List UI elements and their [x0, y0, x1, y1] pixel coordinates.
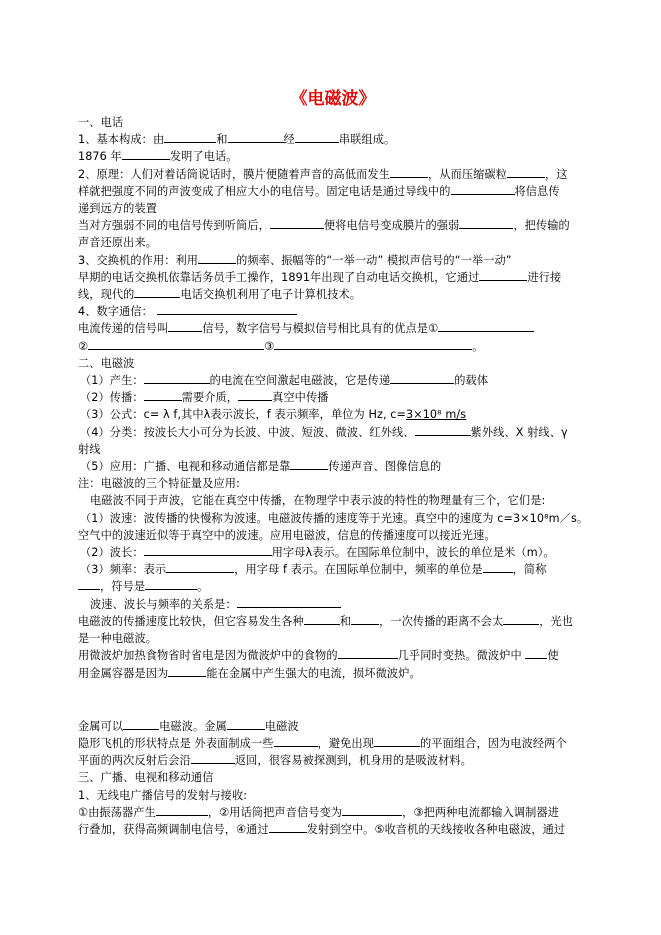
question-line: ①由振荡器产生，②用话筒把声音信号变为，③把两种电流都输入调制器进	[78, 804, 588, 821]
answer-blank[interactable]	[342, 804, 402, 816]
question-line: 4、数字通信：	[78, 303, 588, 320]
answer-blank[interactable]	[157, 303, 297, 315]
question-line: 波速、波长与频率的关系是：	[78, 596, 588, 613]
text-line: 空气中的波速近似等于真空中的波速。应用电磁波，信息的传播速度可以接近光速。	[78, 527, 588, 544]
answer-blank[interactable]	[269, 821, 307, 833]
question-line: 3、交换机的作用：利用的频率、振幅等的“一举一动” 模拟声信号的“一举一动”	[78, 252, 588, 269]
answer-blank[interactable]	[503, 613, 539, 625]
question-line: 1876 年发明了电话。	[78, 148, 588, 165]
question-line: 样就把强度不同的声波变成了相应大小的电信号。固定电话是通过导线中的将信息传	[78, 183, 588, 200]
section-heading-telephone: 一、电话	[78, 114, 588, 131]
page-title: 《电磁波》	[78, 86, 588, 112]
question-line: 1、基本构成：由和经串联组成。	[78, 131, 588, 148]
answer-blank[interactable]	[144, 372, 210, 384]
answer-blank[interactable]	[164, 131, 216, 143]
answer-blank[interactable]	[145, 578, 197, 590]
question-line: （4）分类：按波长大小可分为长波、中波、短波、微波、红外线、紫外线、X 射线、γ	[78, 424, 588, 441]
question-line: 用金属容器是因为能在金属中产生强大的电流，损坏微波炉。	[78, 665, 588, 682]
answer-blank[interactable]	[228, 131, 284, 143]
question-line: 平面的两次反射后会沿返回，很容易被探测到，机身用的是吸波材料。	[78, 752, 588, 769]
answer-blank[interactable]	[237, 596, 341, 608]
answer-blank[interactable]	[351, 613, 379, 625]
text-line: 1、无线电广播信号的发射与接收:	[78, 787, 588, 804]
answer-blank[interactable]	[479, 269, 527, 281]
answer-blank[interactable]	[168, 320, 202, 332]
answer-blank[interactable]	[459, 217, 513, 229]
answer-blank[interactable]	[144, 389, 182, 401]
question-line: 电流传递的信号叫信号，数字信号与模拟信号相比具有的优点是①	[78, 320, 588, 337]
text-line: 是一种电磁波。	[78, 630, 588, 647]
answer-blank[interactable]	[290, 458, 328, 470]
answer-blank[interactable]	[78, 578, 100, 590]
answer-blank[interactable]	[295, 131, 339, 143]
question-line: ②③。	[78, 338, 588, 355]
answer-blank[interactable]	[274, 338, 472, 350]
note-heading: 注：电磁波的三个特征量及应用:	[78, 475, 588, 492]
answer-blank[interactable]	[198, 252, 236, 264]
question-line: ，符号是。	[78, 578, 588, 595]
text-line: （1）波速：波传播的快慢称为波速。电磁波传播的速度等于光速。真空中的速度为 c=…	[78, 510, 588, 527]
question-line: （1）产生：的电流在空间激起电磁波，它是传递的载体	[78, 372, 588, 389]
text-line: 递到远方的装置	[78, 200, 588, 217]
question-line: （5）应用：广播、电视和移动通信都是靠传递声音、图像信息的	[78, 458, 588, 475]
question-line: （2）波长：用字母λ表示。在国际单位制中，波长的单位是米（m）。	[78, 544, 588, 561]
answer-blank[interactable]	[451, 183, 515, 195]
question-line: （2）传播：需要介质，真空中传播	[78, 389, 588, 406]
spacer	[78, 682, 588, 718]
answer-blank[interactable]	[390, 372, 454, 384]
answer-blank[interactable]	[390, 166, 428, 178]
answer-blank[interactable]	[166, 561, 234, 573]
section-heading-broadcast: 三、广播、电视和移动通信	[78, 769, 588, 786]
question-line: 线，现代的电话交换机利用了电子计算机技术。	[78, 286, 588, 303]
answer-blank[interactable]	[88, 338, 264, 350]
answer-blank[interactable]	[238, 389, 272, 401]
answer-blank[interactable]	[338, 647, 398, 659]
text-line: 射线	[78, 441, 588, 458]
answer-blank[interactable]	[525, 647, 547, 659]
answer-blank[interactable]	[168, 665, 206, 677]
answer-blank[interactable]	[415, 424, 471, 436]
question-line: 金属可以电磁波。金属电磁波	[78, 718, 588, 735]
answer-blank[interactable]	[304, 613, 340, 625]
question-line: （3）频率：表示，用字母 f 表示。在国际单位制中，频率的单位是，简称	[78, 561, 588, 578]
answer-blank[interactable]	[144, 544, 272, 556]
text-line: 声音还原出来。	[78, 234, 588, 251]
formula-line: （3）公式：c= λ f,其中λ表示波长，f 表示频率，单位为 Hz, c=3×…	[78, 406, 588, 423]
question-line: 2、原理：人们对着话筒说话时，膜片便随着声音的高低而发生，从而压缩碳粒，这	[78, 166, 588, 183]
question-line: 行叠加，获得高频调制电信号，④通过发射到空中。⑤收音机的天线接收各种电磁波，通过	[78, 821, 588, 838]
answer-blank[interactable]	[156, 804, 208, 816]
answer-blank[interactable]	[134, 286, 180, 298]
answer-blank[interactable]	[270, 217, 324, 229]
answer-blank[interactable]	[274, 735, 318, 747]
answer-blank[interactable]	[507, 166, 545, 178]
question-line: 早期的电话交换机依靠话务员手工操作，1891年出现了自动电话交换机，它通过进行接	[78, 269, 588, 286]
answer-blank[interactable]	[483, 561, 513, 573]
answer-blank[interactable]	[123, 718, 159, 730]
section-heading-em-wave: 二、电磁波	[78, 355, 588, 372]
question-line: 电磁波的传播速度比较快，但它容易发生各种和，一次传播的距离不会太，光也	[78, 613, 588, 630]
question-line: 当对方强弱不同的电信号传到听筒后，便将电信号变成膜片的强弱，把传输的	[78, 217, 588, 234]
text-line: 电磁波不同于声波，它能在真空中传播，在物理学中表示波的特性的物理量有三个，它们是…	[78, 492, 588, 509]
answer-blank[interactable]	[227, 718, 265, 730]
question-line: 用微波炉加热食物省时省电是因为微波炉中的食物的几乎同时变热。微波炉中 使	[78, 647, 588, 664]
answer-blank[interactable]	[191, 752, 235, 764]
worksheet-page: 《电磁波》 一、电话 1、基本构成：由和经串联组成。 1876 年发明了电话。 …	[78, 86, 588, 838]
question-line: 隐形飞机的形状特点是 外表面制成一些，避免出现的平面组合，因为电波经两个	[78, 735, 588, 752]
answer-blank[interactable]	[438, 320, 534, 332]
answer-blank[interactable]	[374, 735, 420, 747]
answer-blank[interactable]	[122, 148, 170, 160]
